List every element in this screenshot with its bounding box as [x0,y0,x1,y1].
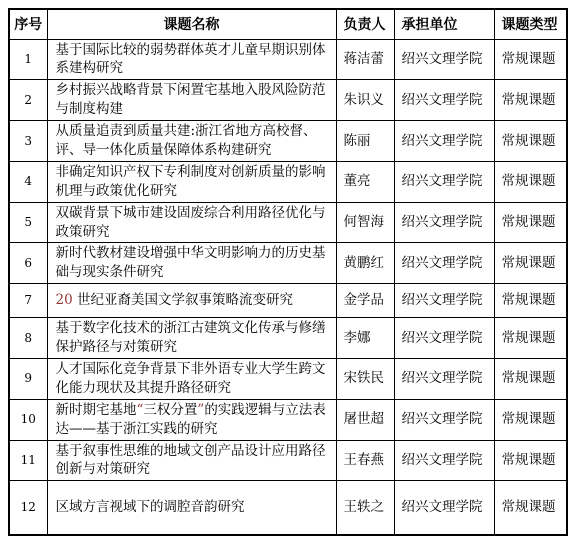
cell-type: 常规课题 [494,121,567,162]
cell-unit: 绍兴文理学院 [394,318,494,359]
cell-type: 常规课题 [494,358,567,399]
cell-title: 从质量追责到质量共建:浙江省地方高校督、评、导一体化质量保障体系构建研究 [47,121,336,162]
title-segment: 区域方言视域下的调腔音韵研究 [56,499,245,515]
cell-index: 2 [9,80,47,121]
cell-unit: 绍兴文理学院 [394,399,494,440]
cell-unit: 绍兴文理学院 [394,161,494,202]
cell-type: 常规课题 [494,80,567,121]
cell-index: 11 [9,440,47,481]
column-header-unit: 承担单位 [394,9,494,39]
cell-leader: 金学品 [336,284,394,318]
cell-index: 4 [9,161,47,202]
cell-leader: 李娜 [336,318,394,359]
cell-index: 12 [9,481,47,535]
cell-type: 常规课题 [494,318,567,359]
cell-index: 1 [9,39,47,80]
cell-unit: 绍兴文理学院 [394,481,494,535]
cell-leader: 董亮 [336,161,394,202]
cell-unit: 绍兴文理学院 [394,243,494,284]
cell-index: 7 [9,284,47,318]
cell-type: 常规课题 [494,202,567,243]
cell-title: 区域方言视域下的调腔音韵研究 [47,481,336,535]
table-row: 9人才国际化竞争背景下非外语专业大学生跨文化能力现状及其提升路径研究宋铁民绍兴文… [9,358,567,399]
cell-leader: 屠世超 [336,399,394,440]
table-row: 5双碳背景下城市建设固废综合利用路径优化与政策研究何智海绍兴文理学院常规课题 [9,202,567,243]
cell-type: 常规课题 [494,440,567,481]
table-row: 8基于数字化技术的浙江古建筑文化传承与修缮保护路径与对策研究李娜绍兴文理学院常规… [9,318,567,359]
cell-title: 新时期宅基地“三权分置”的实践逻辑与立法表达——基于浙江实践的研究 [47,399,336,440]
cell-unit: 绍兴文理学院 [394,202,494,243]
projects-table: 序号课题名称负责人承担单位课题类型 1基于国际比较的弱势群体英才儿童早期识别体系… [8,8,568,536]
page: 序号课题名称负责人承担单位课题类型 1基于国际比较的弱势群体英才儿童早期识别体系… [0,0,574,536]
column-header-type: 课题类型 [494,9,567,39]
table-row: 4非确定知识产权下专利制度对创新质量的影响机理与政策优化研究董亮绍兴文理学院常规… [9,161,567,202]
cell-title: 人才国际化竞争背景下非外语专业大学生跨文化能力现状及其提升路径研究 [47,358,336,399]
title-segment: 乡村振兴战略背景下闲置宅基地入股风险防范与制度构建 [56,82,326,117]
cell-title: 双碳背景下城市建设固废综合利用路径优化与政策研究 [47,202,336,243]
cell-index: 3 [9,121,47,162]
cell-leader: 黄鹏红 [336,243,394,284]
cell-index: 6 [9,243,47,284]
cell-unit: 绍兴文理学院 [394,121,494,162]
table-row: 2乡村振兴战略背景下闲置宅基地入股风险防范与制度构建朱识义绍兴文理学院常规课题 [9,80,567,121]
cell-index: 10 [9,399,47,440]
column-header-leader: 负责人 [336,9,394,39]
cell-index: 5 [9,202,47,243]
cell-title: 基于叙事性思维的地域文创产品设计应用路径创新与对策研究 [47,440,336,481]
header-row: 序号课题名称负责人承担单位课题类型 [9,9,567,39]
title-segment: 非确定知识产权下专利制度对创新质量的影响机理与政策优化研究 [56,164,326,199]
cell-title: 基于国际比较的弱势群体英才儿童早期识别体系建构研究 [47,39,336,80]
title-segment: 基于国际比较的弱势群体英才儿童早期识别体系建构研究 [56,42,326,77]
title-segment: 三权分置 [143,402,197,418]
table-row: 3从质量追责到质量共建:浙江省地方高校督、评、导一体化质量保障体系构建研究陈丽绍… [9,121,567,162]
title-segment: 基于数字化技术的浙江古建筑文化传承与修缮保护路径与对策研究 [56,320,326,355]
title-segment: 人才国际化竞争背景下非外语专业大学生跨文化能力现状及其提升路径研究 [56,361,326,396]
cell-type: 常规课题 [494,399,567,440]
table-row: 1基于国际比较的弱势群体英才儿童早期识别体系建构研究蒋洁蕾绍兴文理学院常规课题 [9,39,567,80]
cell-type: 常规课题 [494,39,567,80]
cell-title: 乡村振兴战略背景下闲置宅基地入股风险防范与制度构建 [47,80,336,121]
title-segment: 基于叙事性思维的地域文创产品设计应用路径创新与对策研究 [56,443,326,478]
cell-type: 常规课题 [494,284,567,318]
cell-type: 常规课题 [494,481,567,535]
title-segment: 新时代教材建设增强中华文明影响力的历史基础与现实条件研究 [56,245,326,280]
cell-type: 常规课题 [494,243,567,284]
cell-leader: 陈丽 [336,121,394,162]
cell-index: 9 [9,358,47,399]
cell-title: 20 世纪亚裔美国文学叙事策略流变研究 [47,284,336,318]
table-body: 1基于国际比较的弱势群体英才儿童早期识别体系建构研究蒋洁蕾绍兴文理学院常规课题2… [9,39,567,535]
cell-leader: 何智海 [336,202,394,243]
cell-title: 非确定知识产权下专利制度对创新质量的影响机理与政策优化研究 [47,161,336,202]
title-segment: 从质量追责到质量共建:浙江省地方高校督、评、导一体化质量保障体系构建研究 [56,123,317,158]
cell-leader: 王轶之 [336,481,394,535]
table-row: 6新时代教材建设增强中华文明影响力的历史基础与现实条件研究黄鹏红绍兴文理学院常规… [9,243,567,284]
table-row: 720 世纪亚裔美国文学叙事策略流变研究金学品绍兴文理学院常规课题 [9,284,567,318]
cell-leader: 蒋洁蕾 [336,39,394,80]
cell-leader: 王春燕 [336,440,394,481]
title-segment: 双碳背景下城市建设固废综合利用路径优化与政策研究 [56,205,326,240]
title-segment: 新时期宅基地 [56,402,137,418]
cell-leader: 宋铁民 [336,358,394,399]
cell-unit: 绍兴文理学院 [394,358,494,399]
cell-title: 新时代教材建设增强中华文明影响力的历史基础与现实条件研究 [47,243,336,284]
cell-title: 基于数字化技术的浙江古建筑文化传承与修缮保护路径与对策研究 [47,318,336,359]
title-segment: 世纪亚裔美国文学叙事策略流变研究 [73,292,293,308]
column-header-title: 课题名称 [47,9,336,39]
cell-index: 8 [9,318,47,359]
cell-unit: 绍兴文理学院 [394,284,494,318]
cell-unit: 绍兴文理学院 [394,80,494,121]
column-header-index: 序号 [9,9,47,39]
table-row: 11基于叙事性思维的地域文创产品设计应用路径创新与对策研究王春燕绍兴文理学院常规… [9,440,567,481]
cell-type: 常规课题 [494,161,567,202]
table-row: 12区域方言视域下的调腔音韵研究王轶之绍兴文理学院常规课题 [9,481,567,535]
title-segment-red: 20 [56,292,73,308]
cell-unit: 绍兴文理学院 [394,440,494,481]
cell-leader: 朱识义 [336,80,394,121]
cell-unit: 绍兴文理学院 [394,39,494,80]
table-row: 10新时期宅基地“三权分置”的实践逻辑与立法表达——基于浙江实践的研究屠世超绍兴… [9,399,567,440]
